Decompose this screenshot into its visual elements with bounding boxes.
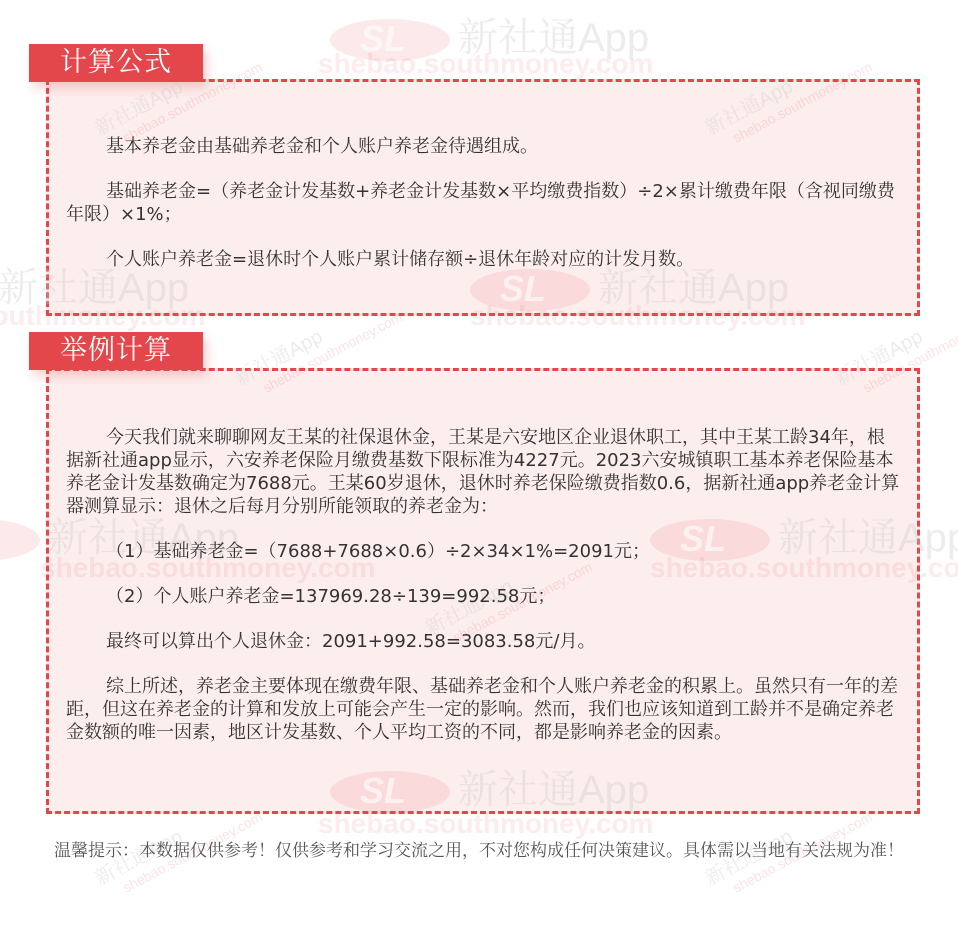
paragraph: 个人账户养老金=退休时个人账户累计储存额÷退休年龄对应的计发月数。 xyxy=(66,248,901,271)
paragraph: 综上所述，养老金主要体现在缴费年限、基础养老金和个人账户养老金的积累上。虽然只有… xyxy=(66,675,901,744)
example-section-content: 今天我们就来聊聊网友王某的社保退休金，王某是六安地区企业退休职工，其中王某工龄3… xyxy=(66,426,901,766)
brand-logo-icon xyxy=(330,19,450,61)
brand-logo-icon xyxy=(0,519,40,561)
calc-total: 最终可以算出个人退休金：2091+992.58=3083.58元/月。 xyxy=(66,630,901,653)
paragraph: 基础养老金=（养老金计发基数+养老金计发基数×平均缴费指数）÷2×累计缴费年限（… xyxy=(66,180,901,226)
calc-line-2: （2）个人账户养老金=137969.28÷139=992.58元； xyxy=(66,585,901,608)
paragraph: 基本养老金由基础养老金和个人账户养老金待遇组成。 xyxy=(66,135,901,158)
calc-line-1: （1）基础养老金=（7688+7688×0.6）÷2×34×1%=2091元； xyxy=(66,540,901,563)
paragraph: 今天我们就来聊聊网友王某的社保退休金，王某是六安地区企业退休职工，其中王某工龄3… xyxy=(66,426,901,518)
formula-section-content: 基本养老金由基础养老金和个人账户养老金待遇组成。 基础养老金=（养老金计发基数+… xyxy=(66,135,901,293)
formula-section-title: 计算公式 xyxy=(29,44,203,82)
watermark-url: shebao.southmoney.com xyxy=(318,48,654,80)
example-section-title: 举例计算 xyxy=(29,332,203,370)
disclaimer-note: 温馨提示：本数据仅供参考！仅供参考和学习交流之用，不对您构成任何决策建议。具体需… xyxy=(18,840,940,863)
page: 新社通App shebao.southmoney.com 新社通App sheb… xyxy=(0,0,958,925)
watermark-brand: 新社通App xyxy=(330,18,649,61)
